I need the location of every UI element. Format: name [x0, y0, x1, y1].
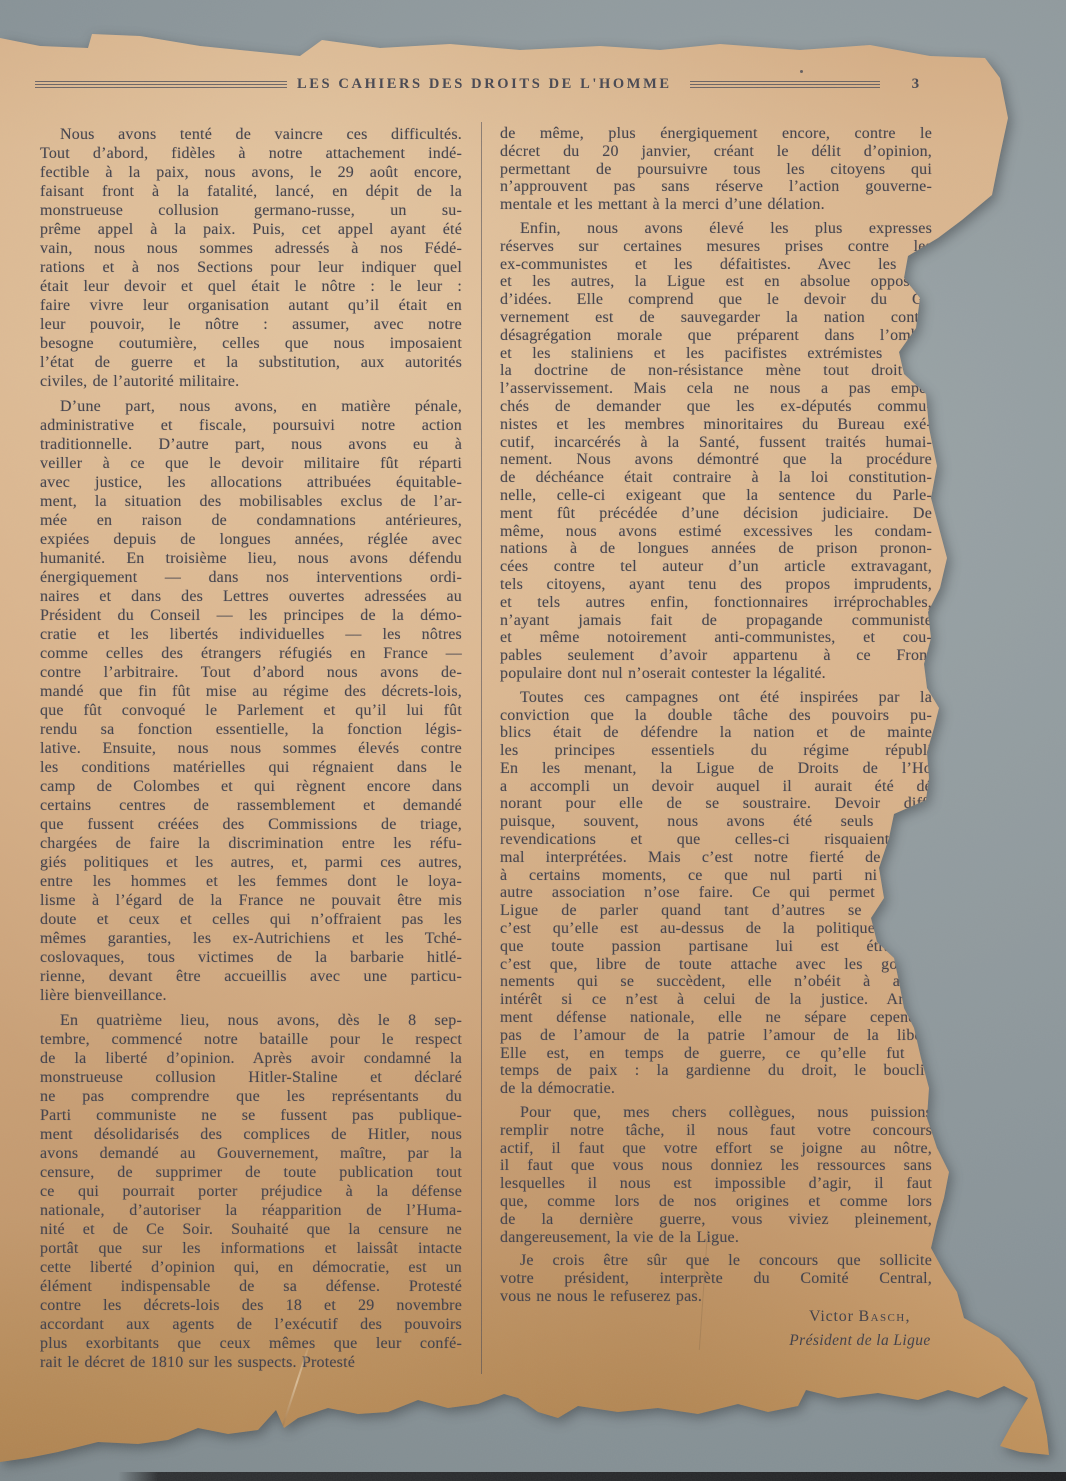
text-line: pas de l’amour de la patrie l’amour de l…	[500, 1027, 932, 1045]
text-line: intérêt si ce n’est à celui de la justic…	[500, 991, 932, 1009]
paragraph: En quatrième lieu, nous avons, dès le 8 …	[40, 1011, 462, 1372]
text-line: ne pas comprendre que les représentants …	[40, 1087, 462, 1106]
text-line: censure, de supprimer de toute publicati…	[40, 1163, 462, 1182]
text-line: vous ne nous le refuserez pas.	[500, 1288, 932, 1306]
text-line: l’état de guerre et la substitution, aux…	[40, 353, 462, 372]
text-line: cette liberté d’opinion qui, en démocrat…	[40, 1258, 462, 1277]
text-line: mentale et les mettant à la merci d’une …	[500, 196, 932, 214]
text-line: D’une part, nous avons, en matière pénal…	[40, 397, 462, 416]
text-line: n’ayant jamais fait de propagande commun…	[500, 612, 932, 630]
text-line: contre les décrets-lois des 18 et 29 nov…	[40, 1296, 462, 1315]
signature-first-name: Victor	[809, 1308, 854, 1325]
text-line: a accompli un devoir auquel il aurait ét…	[500, 778, 932, 796]
text-line: Pour que, mes chers collègues, nous puis…	[500, 1104, 932, 1122]
text-line: c’est que, libre de toute attache avec l…	[500, 956, 932, 974]
text-line: autre association n’ose faire. Ce qui pe…	[500, 884, 932, 902]
text-line: chargées de faire la discrimination entr…	[40, 834, 462, 853]
text-line: plus exorbitants que ceux mêmes que leur…	[40, 1334, 462, 1353]
text-line: revendications et que celles-ci risquaie…	[500, 831, 932, 849]
scan-edge-shadow	[118, 1472, 1066, 1481]
torn-paper-wrapper: LES CAHIERS DES DROITS DE L'HOMME 3 Nous…	[0, 0, 1066, 1481]
text-line: énergiquement — dans nos interventions o…	[40, 568, 462, 587]
text-line: tembre, commencé notre bataille pour le …	[40, 1030, 462, 1049]
text-line: remplir notre tâche, il nous faut votre …	[500, 1122, 932, 1140]
header-rule-left	[35, 81, 287, 89]
text-line: populaire dont nul n’oserait contester l…	[500, 665, 932, 683]
text-line: c’est qu’elle est au-dessus de la politi…	[500, 920, 932, 938]
text-line: à certains moments, ce que nul parti ni …	[500, 867, 932, 885]
text-line: blics était de défendre la nation et de …	[500, 724, 932, 742]
paragraph: D’une part, nous avons, en matière pénal…	[40, 397, 462, 1005]
text-line: mandé que fin fût mise au régime des déc…	[40, 682, 462, 701]
text-line: de la démocratie.	[500, 1080, 932, 1098]
text-line: Elle est, en temps de guerre, ce qu’elle…	[500, 1045, 932, 1063]
text-line: de déchéance était contraire à la loi co…	[500, 469, 932, 487]
text-line: administrative et fiscale, poursuivi not…	[40, 416, 462, 435]
text-line: cées contre tel auteur d’un article extr…	[500, 558, 932, 576]
text-line: Enfin, nous avons élevé les plus express…	[500, 220, 932, 238]
text-line: vain, nous nous sommes adressés à nos Fé…	[40, 239, 462, 258]
text-line: décret du 20 janvier, créant le délit d’…	[500, 143, 932, 161]
signature-role: Président de la Ligue	[690, 1332, 1030, 1350]
text-line: et tels autres enfin, fonctionnaires irr…	[500, 594, 932, 612]
text-line: la doctrine de non-résistance mène tout …	[500, 362, 932, 380]
text-line: mal interprétées. Mais c’est notre fiert…	[500, 849, 932, 867]
text-line: que toute passion partisane lui est étra…	[500, 938, 932, 956]
text-line: coslovaques, tous victimes de la barbari…	[40, 948, 462, 967]
text-line: chés de demander que les ex-députés comm…	[500, 398, 932, 416]
text-line: certains centres de rassemblement et dem…	[40, 796, 462, 815]
document-page: LES CAHIERS DES DROITS DE L'HOMME 3 Nous…	[0, 0, 1066, 1481]
text-line: ment, la situation des mobilisables excl…	[40, 492, 462, 511]
text-line: élément indispensable de sa défense. Pro…	[40, 1277, 462, 1296]
text-line: cratie et les libertés individuelles — l…	[40, 625, 462, 644]
header-rule-right	[690, 81, 880, 89]
text-line: tels citoyens, ayant tenu des propos imp…	[500, 576, 932, 594]
text-line: ment désolidarisés des complices de Hitl…	[40, 1125, 462, 1144]
text-line: mêmes garanties, les ex-Autrichiens et l…	[40, 929, 462, 948]
text-line: était leur devoir et quel était le nôtre…	[40, 277, 462, 296]
text-line: réserves sur certaines mesures prises co…	[500, 238, 932, 256]
text-line: faisant front à la fatalité, lancé, en d…	[40, 182, 462, 201]
text-line: nationale, d’autoriser la réapparition d…	[40, 1201, 462, 1220]
text-line: naires et dans des Lettres ouvertes adre…	[40, 587, 462, 606]
text-line: camp de Colombes et qui règnent encore d…	[40, 777, 462, 796]
text-line: lisme à l’égard de la France ne pouvait …	[40, 891, 462, 910]
text-line: que fussent créées des Commissions de tr…	[40, 815, 462, 834]
text-line: rienne, devant être accueillis avec une …	[40, 967, 462, 986]
text-line: giés politiques et les autres, et, parmi…	[40, 853, 462, 872]
text-line: faire vivre leur organisation autant qu’…	[40, 296, 462, 315]
text-line: les principes essentiels du régime répub…	[500, 742, 932, 760]
text-line: lière bienveillance.	[40, 986, 462, 1005]
text-line: prême appel à la paix. Puis, cet appel a…	[40, 220, 462, 239]
text-line: portât que sur les informations et laiss…	[40, 1239, 462, 1258]
text-line: il faut que vous nous donniez les ressou…	[500, 1157, 932, 1175]
text-line: monstrueuse collusion Hitler-Staline et …	[40, 1068, 462, 1087]
text-line: n’approuvent pas sans réserve l’action g…	[500, 178, 932, 196]
text-line: accordant aux agents de l’exécutif des p…	[40, 1315, 462, 1334]
text-line: Nous avons tenté de vaincre ces difficul…	[40, 125, 462, 144]
signature-last-name: Basch,	[859, 1308, 911, 1325]
left-column: Nous avons tenté de vaincre ces difficul…	[40, 125, 462, 1372]
text-line: désagrégation morale que préparent dans …	[500, 327, 932, 345]
text-line: norant pour elle de se soustraire. Devoi…	[500, 795, 932, 813]
text-line: expiées depuis de longues années, réglée…	[40, 530, 462, 549]
text-line: de la dernière guerre, vous viviez plein…	[500, 1211, 932, 1229]
signature-name: Victor Basch,	[690, 1308, 1030, 1326]
text-line: contre l’arbitraire. Tout d’abord nous a…	[40, 663, 462, 682]
paragraph: Toutes ces campagnes ont été inspirées p…	[500, 689, 932, 1098]
text-line: même, nous avons estimé excessives les c…	[500, 523, 932, 541]
text-line: temps de paix : la gardienne du droit, l…	[500, 1062, 932, 1080]
ink-dot	[800, 70, 803, 73]
scan-background: LES CAHIERS DES DROITS DE L'HOMME 3 Nous…	[0, 0, 1066, 1481]
text-line: permettant de poursuivre tous les citoye…	[500, 161, 932, 179]
right-column: de même, plus énergiquement encore, cont…	[500, 125, 932, 1306]
paper-crease	[1040, 1330, 1056, 1459]
text-line: ment défense nationale, elle ne sépare c…	[500, 1009, 932, 1027]
text-line: civiles, de l’autorité militaire.	[40, 372, 462, 391]
page-header: LES CAHIERS DES DROITS DE L'HOMME 3	[35, 76, 935, 93]
signature-block: Victor Basch, Président de la Ligue	[690, 1308, 1030, 1350]
page-title: LES CAHIERS DES DROITS DE L'HOMME	[297, 76, 672, 93]
text-line: humanité. En troisième lieu, nous avons …	[40, 549, 462, 568]
text-line: fectible à la paix, nous avons, le 29 ao…	[40, 163, 462, 182]
text-line: ment fût précédée d’une décision judicia…	[500, 505, 932, 523]
text-line: lesquelles il nous est impossible d’agir…	[500, 1175, 932, 1193]
text-line: de la liberté d’opinion. Après avoir con…	[40, 1049, 462, 1068]
column-divider	[481, 122, 482, 1374]
text-line: besogne coutumière, celles que nous impo…	[40, 334, 462, 353]
text-line: actif, il faut que votre effort se joign…	[500, 1140, 932, 1158]
text-line: de même, plus énergiquement encore, cont…	[500, 125, 932, 143]
text-line: rations et à nos Sections pour leur indi…	[40, 258, 462, 277]
text-line: d’idées. Elle comprend que le devoir du …	[500, 291, 932, 309]
text-line: nité et de Ce Soir. Souhaité que la cens…	[40, 1220, 462, 1239]
text-line: vernement est de sauvegarder la nation c…	[500, 309, 932, 327]
paragraph: Pour que, mes chers collègues, nous puis…	[500, 1104, 932, 1246]
text-line: rait le décret de 1810 sur les suspects.…	[40, 1353, 462, 1372]
text-line: et même notoirement anti-communistes, et…	[500, 629, 932, 647]
text-line: avons demandé au Gouvernement, maître, p…	[40, 1144, 462, 1163]
paragraph: Enfin, nous avons élevé les plus express…	[500, 220, 932, 683]
text-line: Ligue de parler quand tant d’autres se t…	[500, 902, 932, 920]
text-line: En les menant, la Ligue de Droits de l’H…	[500, 760, 932, 778]
text-line: Je crois être sûr que le concours que so…	[500, 1252, 932, 1270]
text-line: comme celles des étrangers réfugiés en F…	[40, 644, 462, 663]
text-line: Parti communiste ne se fussent pas publi…	[40, 1106, 462, 1125]
paragraph: de même, plus énergiquement encore, cont…	[500, 125, 932, 214]
text-line: Tout d’abord, fidèles à notre attachemen…	[40, 144, 462, 163]
text-line: les conditions matérielles qui régnaient…	[40, 758, 462, 777]
text-line: rendu sa fonction essentielle, la foncti…	[40, 720, 462, 739]
text-line: nement. Nous avons démontré que la procé…	[500, 451, 932, 469]
text-line: nelle, celle-ci exigeant que la sentence…	[500, 487, 932, 505]
paragraph: Nous avons tenté de vaincre ces difficul…	[40, 125, 462, 391]
text-line: pables seulement d’avoir appartenu à ce …	[500, 647, 932, 665]
text-line: ex-communistes et les défaitistes. Avec …	[500, 256, 932, 274]
text-line: ce qui pourrait porter préjudice à la dé…	[40, 1182, 462, 1201]
text-line: dangereusement, la vie de la Ligue.	[500, 1229, 932, 1247]
text-line: entre les hommes et les femmes dont le l…	[40, 872, 462, 891]
text-line: cutif, incarcérés à la Santé, fussent tr…	[500, 434, 932, 452]
text-line: puisque, souvent, nous avons été seuls d…	[500, 813, 932, 831]
text-line: mée en raison de condamnations antérieur…	[40, 511, 462, 530]
text-line: que fût convoqué le Parlement et qu’il l…	[40, 701, 462, 720]
text-line: monstrueuse collusion germano-russe, un …	[40, 201, 462, 220]
text-line: doute et ceux et celles qui n’offraient …	[40, 910, 462, 929]
text-line: Président du Conseil — les principes de …	[40, 606, 462, 625]
text-line: nations à de longues années de prison pr…	[500, 540, 932, 558]
text-line: l’asservissement. Mais cela ne nous a pa…	[500, 380, 932, 398]
text-line: leur pouvoir, le nôtre : assumer, avec n…	[40, 315, 462, 334]
text-line: lative. Ensuite, nous nous sommes élevés…	[40, 739, 462, 758]
text-line: conviction que la double tâche des pouvo…	[500, 707, 932, 725]
text-line: nistes et les membres minoritaires du Bu…	[500, 416, 932, 434]
text-line: Toutes ces campagnes ont été inspirées p…	[500, 689, 932, 707]
text-line: et les autres, la Ligue est en absolue o…	[500, 273, 932, 291]
text-line: traditionnelle. D’autre part, nous avons…	[40, 435, 462, 454]
text-line: et les staliniens et les pacifistes extr…	[500, 345, 932, 363]
text-line: votre président, interprète du Comité Ce…	[500, 1270, 932, 1288]
page-number: 3	[912, 76, 920, 93]
text-line: nements qui se succèdent, elle n’obéit à…	[500, 973, 932, 991]
paragraph: Je crois être sûr que le concours que so…	[500, 1252, 932, 1305]
text-line: avec justice, les allocations attribuées…	[40, 473, 462, 492]
text-line: En quatrième lieu, nous avons, dès le 8 …	[40, 1011, 462, 1030]
text-line: que, comme lors de nos origines et comme…	[500, 1193, 932, 1211]
text-line: veiller à ce que le devoir militaire fût…	[40, 454, 462, 473]
